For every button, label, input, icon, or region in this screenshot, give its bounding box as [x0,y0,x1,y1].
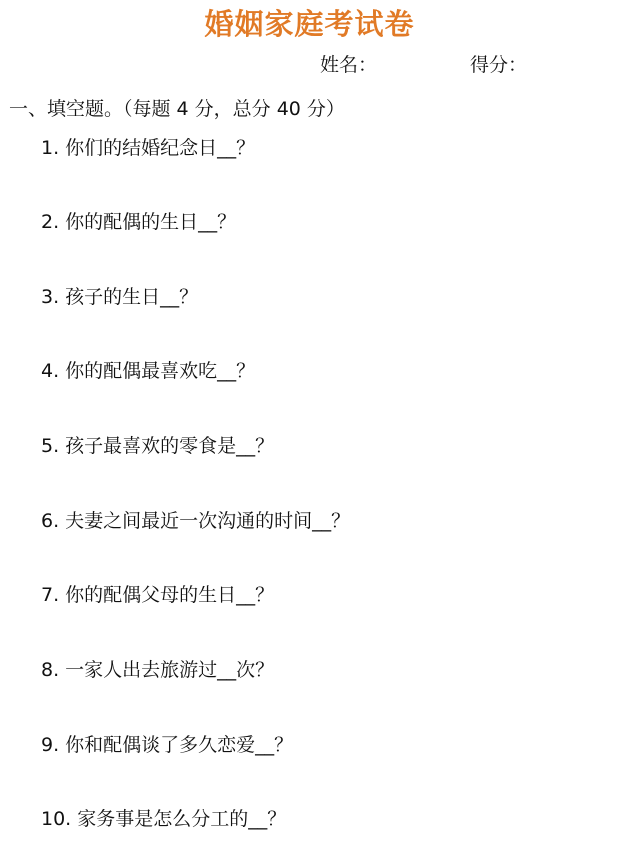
question-5: 5. 孩子最喜欢的零食是__？ [41,431,274,458]
question-7: 7. 你的配偶父母的生日__？ [41,580,274,607]
question-10: 10. 家务事是怎么分工的__？ [41,804,286,831]
section-heading: 一、填空题。（每题 4 分，总分 40 分） [9,94,345,121]
question-2: 2. 你的配偶的生日__？ [41,207,236,234]
score-label: 得分： [470,50,527,77]
question-6: 6. 夫妻之间最近一次沟通的时间__？ [41,506,350,533]
question-3: 3. 孩子的生日__？ [41,282,198,309]
question-1: 1. 你们的结婚纪念日__？ [41,133,255,160]
exam-title: 婚姻家庭考试卷 [0,2,619,43]
question-9: 9. 你和配偶谈了多久恋爱__？ [41,730,293,757]
question-4: 4. 你的配偶最喜欢吃__？ [41,356,255,383]
name-label: 姓名： [320,50,377,77]
question-8: 8. 一家人出去旅游过__次？ [41,655,274,682]
